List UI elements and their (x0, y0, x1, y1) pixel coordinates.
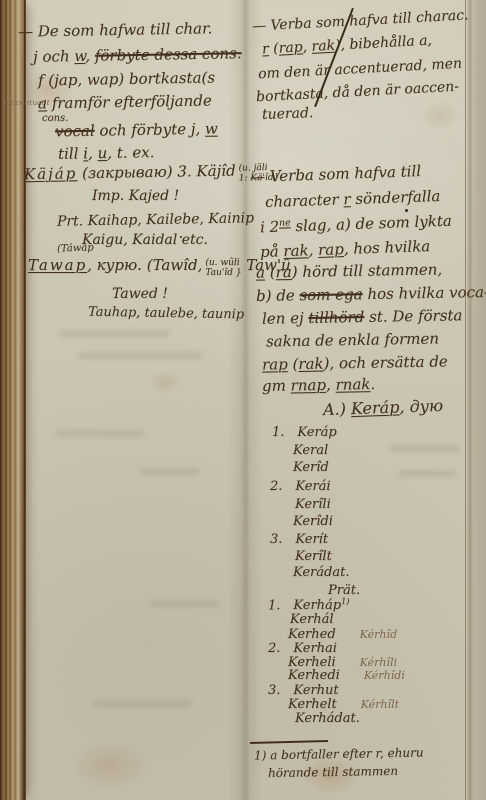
text-segment: Keral (293, 443, 328, 458)
handwritten-line: r (rap, rak), bibehålla a, (262, 34, 433, 58)
handwritten-line: Kerîd (293, 461, 329, 475)
handwritten-line: f (jap, wap) bortkasta(s (38, 69, 215, 89)
text-segment: 1) (341, 597, 349, 606)
text-segment: , t. ex. (107, 143, 155, 162)
page-right-edge (465, 0, 486, 800)
text-segment: b) de (256, 286, 300, 305)
text-segment: om den är accentuerad, men (258, 56, 463, 83)
text-segment: i 2 (260, 218, 280, 237)
text-segment: på (260, 242, 284, 261)
bleedthrough-mark (390, 445, 460, 452)
handwritten-line: Tawed ! (112, 287, 168, 302)
handwritten-line: Tawap, курю. (Tawîd,(u. wûliTau'îd } Taw… (28, 257, 291, 278)
text-segment: rnap (290, 376, 326, 395)
text-segment: Kerîli (295, 497, 331, 512)
text-segment: Kérhîd (360, 628, 398, 641)
handwritten-line: Kerîlt (295, 550, 332, 564)
handwritten-line: Kerádat. (293, 566, 349, 580)
text-segment: sakna de enkla formen (266, 329, 439, 350)
handwritten-line: Tauhap, taulebe, taunip (88, 306, 244, 323)
handwritten-line: — De som hafwa till char. (18, 20, 213, 40)
handwritten-line: Imp. Kajed ! (92, 189, 179, 204)
text-segment: a (256, 263, 265, 281)
text-segment: , (88, 144, 98, 162)
text-segment: Kaigu, Kaidal etc. (82, 232, 208, 248)
text-segment: Kerhelt (288, 697, 337, 712)
text-segment: Kerhed (288, 627, 336, 642)
handwritten-line: till i, u, t. ex. (58, 144, 155, 162)
handwritten-line: om den är accentuerad, men (258, 57, 463, 83)
text-segment: 2. (268, 641, 280, 656)
text-segment: (u. wûli (205, 258, 241, 268)
text-segment: rnak (335, 375, 370, 394)
text-segment: Kerîlt (295, 549, 332, 564)
handwritten-line: på rak, rap, hos hvilka (260, 238, 431, 260)
text-segment: Keráp (297, 425, 336, 440)
bleedthrough-mark (150, 600, 220, 607)
text-segment: Prt. Kaihap, Kailebe, Kainip (57, 210, 254, 229)
text-segment: Kérhîli (360, 656, 398, 669)
text-segment: vocal (55, 122, 95, 141)
text-segment: Kerîd (293, 460, 329, 475)
text-segment: Kerhádat. (295, 711, 360, 726)
handwritten-line: vocal och förbyte j, w (55, 121, 218, 140)
text-segment: 2. (270, 479, 282, 494)
ink-speck (405, 209, 408, 212)
handwritten-line: tuerad. (262, 106, 314, 123)
text-segment: till (58, 144, 84, 162)
handwritten-line: A.) Keráp, дую (323, 397, 444, 419)
text-segment: Kérhîlt (361, 698, 399, 711)
handwritten-line: len ej tillhörd st. De första (262, 307, 463, 327)
text-segment: w (205, 120, 218, 138)
text-segment: Kerhál (290, 612, 334, 627)
book-binding-edge (0, 0, 26, 800)
text-segment: 1. (272, 425, 284, 440)
handwritten-line: gm rnap, rnak. (262, 376, 375, 394)
text-segment: som ega (299, 285, 362, 304)
handwritten-line: 1.Keráp (272, 426, 337, 440)
text-segment: Kerhedi (288, 668, 340, 683)
paper-stain (420, 100, 460, 130)
text-segment: ), och ersätta de (323, 352, 447, 372)
text-segment: Prät. (328, 583, 360, 598)
paper-stain (70, 740, 150, 790)
text-segment: Kerít (295, 532, 328, 547)
text-segment: Keráp (351, 397, 400, 418)
text-segment: rap (318, 240, 344, 259)
text-segment: tillhörd (308, 308, 364, 327)
handwritten-line: Kerhál (290, 613, 334, 627)
text-segment: Tawed ! (112, 286, 168, 302)
text-segment: character (265, 190, 344, 211)
text-segment: rap (278, 39, 303, 56)
handwritten-line: Kaigu, Kaidal etc. (82, 233, 208, 248)
text-segment: , (85, 47, 95, 65)
text-segment: , hos hvilka (343, 237, 430, 258)
handwritten-line: a framför efterföljande (38, 92, 212, 112)
text-segment: sönderfalla (350, 187, 440, 208)
text-segment: rak (311, 38, 335, 55)
text-segment: Tawap (28, 256, 87, 274)
handwritten-line: sakna de enkla formen (266, 330, 439, 350)
text-segment: 3. (268, 683, 280, 698)
text-segment: , дую (399, 396, 443, 417)
text-segment: Kérhîdi (364, 669, 405, 682)
text-segment: . (370, 375, 375, 393)
text-segment: j och (33, 47, 75, 66)
text-segment: — Verba som hafva till charac. (252, 7, 469, 34)
bleedthrough-mark (60, 330, 170, 337)
stacked-variant-forms: (u. wûliTau'îd } (205, 258, 241, 278)
text-segment: förbyte dessa cons. (95, 44, 242, 65)
handwritten-line: Kerîli (295, 498, 331, 512)
text-segment: Kerái (295, 479, 330, 494)
text-segment: ( (288, 355, 299, 373)
text-segment: Kerhai (293, 641, 337, 656)
text-segment: slag, a) de som lykta (290, 212, 452, 236)
text-segment: f (jap, wap) bortkasta(s (38, 68, 215, 89)
text-segment: ) hörd till stammen, (292, 260, 443, 281)
text-segment: Käjáp (24, 164, 78, 183)
text-segment: a (38, 94, 47, 112)
text-segment: rak (298, 355, 324, 373)
text-segment: , (326, 376, 336, 394)
text-segment: Kerîdi (293, 514, 333, 529)
handwritten-line: 2.Kerái (270, 480, 331, 494)
text-segment: ( (265, 263, 276, 281)
handwritten-line: Keral (293, 444, 328, 458)
text-segment: ra (275, 263, 291, 281)
text-segment: st. De första (364, 306, 462, 326)
paper-stain (150, 370, 180, 394)
bleedthrough-mark (92, 700, 192, 707)
text-segment: , курю. (Tawîd, (87, 256, 202, 274)
text-segment: (закрываю) 3. Käjîd (77, 162, 236, 183)
page-center-crease (228, 0, 262, 800)
handwritten-line: j och w, förbyte dessa cons. (33, 45, 242, 65)
text-segment: Kerádat. (293, 565, 349, 580)
handwritten-line: 3.Kerít (270, 533, 328, 547)
text-segment: hörande till stammen (268, 764, 398, 780)
text-segment: hos hvilka voca- (362, 283, 486, 303)
bleedthrough-mark (140, 468, 200, 475)
text-segment: ne (279, 217, 291, 228)
handwritten-line: 1) a bortfaller efter r, ehuru (254, 747, 424, 763)
text-segment: len ej (262, 309, 309, 328)
handwritten-line: Prt. Kaihap, Kailebe, Kainip (57, 211, 254, 230)
text-segment: (Táwáp (57, 242, 94, 254)
bleedthrough-mark (78, 352, 203, 359)
text-segment: Tau'îd } (205, 268, 241, 278)
bleedthrough-mark (398, 470, 456, 477)
handwritten-line: Kerîdi (293, 515, 333, 529)
handwritten-line: b) de som ega hos hvilka voca- (256, 284, 486, 305)
text-segment: w (74, 47, 85, 65)
text-segment: och förbyte j, (95, 120, 206, 140)
text-segment: gm (262, 376, 291, 394)
handwritten-line: hörande till stammen (268, 765, 398, 780)
text-segment: framför efterföljande (47, 91, 212, 112)
text-segment: Kerhut (293, 683, 338, 698)
text-segment: ), bibehålla a, (335, 33, 433, 54)
handwritten-line: i 2ne slag, a) de som lykta (260, 213, 452, 236)
text-segment: Imp. Kajed ! (92, 188, 179, 204)
handwritten-line: rap (rak), och ersätta de (262, 353, 448, 373)
text-segment: tuerad. (262, 105, 314, 123)
handwritten-line: character r sönderfalla (265, 188, 441, 211)
bleedthrough-mark (55, 430, 145, 437)
text-segment: rap (262, 355, 288, 373)
text-segment: Tauhap, taulebe, taunip (88, 305, 244, 323)
text-segment: 1. (268, 598, 280, 613)
text-segment: A.) (323, 399, 352, 419)
handwritten-line: — Verba som hafva till charac. (252, 8, 469, 35)
handwritten-line: KerhediKérhîdi (288, 669, 405, 683)
handwritten-line: a (ra) hörd till stammen, (256, 261, 442, 281)
handwritten-line: Kerhádat. (295, 712, 360, 726)
text-segment: 3. (270, 532, 282, 547)
text-segment: 1) a bortfaller efter r, ehuru (254, 746, 424, 763)
text-segment: u (97, 144, 107, 162)
handwritten-line: Käjáp (закрываю) 3. Käjîd(u. jäli1: Kä'î… (24, 162, 280, 187)
text-segment: — De som hafwa till char. (18, 19, 213, 40)
text-segment: rak (283, 241, 309, 260)
handwritten-line: — Verba som hafva till (250, 163, 422, 185)
manuscript-page: — De som hafwa till char.j och w, förbyt… (0, 0, 486, 800)
handwritten-line: (Táwáp (57, 242, 94, 254)
